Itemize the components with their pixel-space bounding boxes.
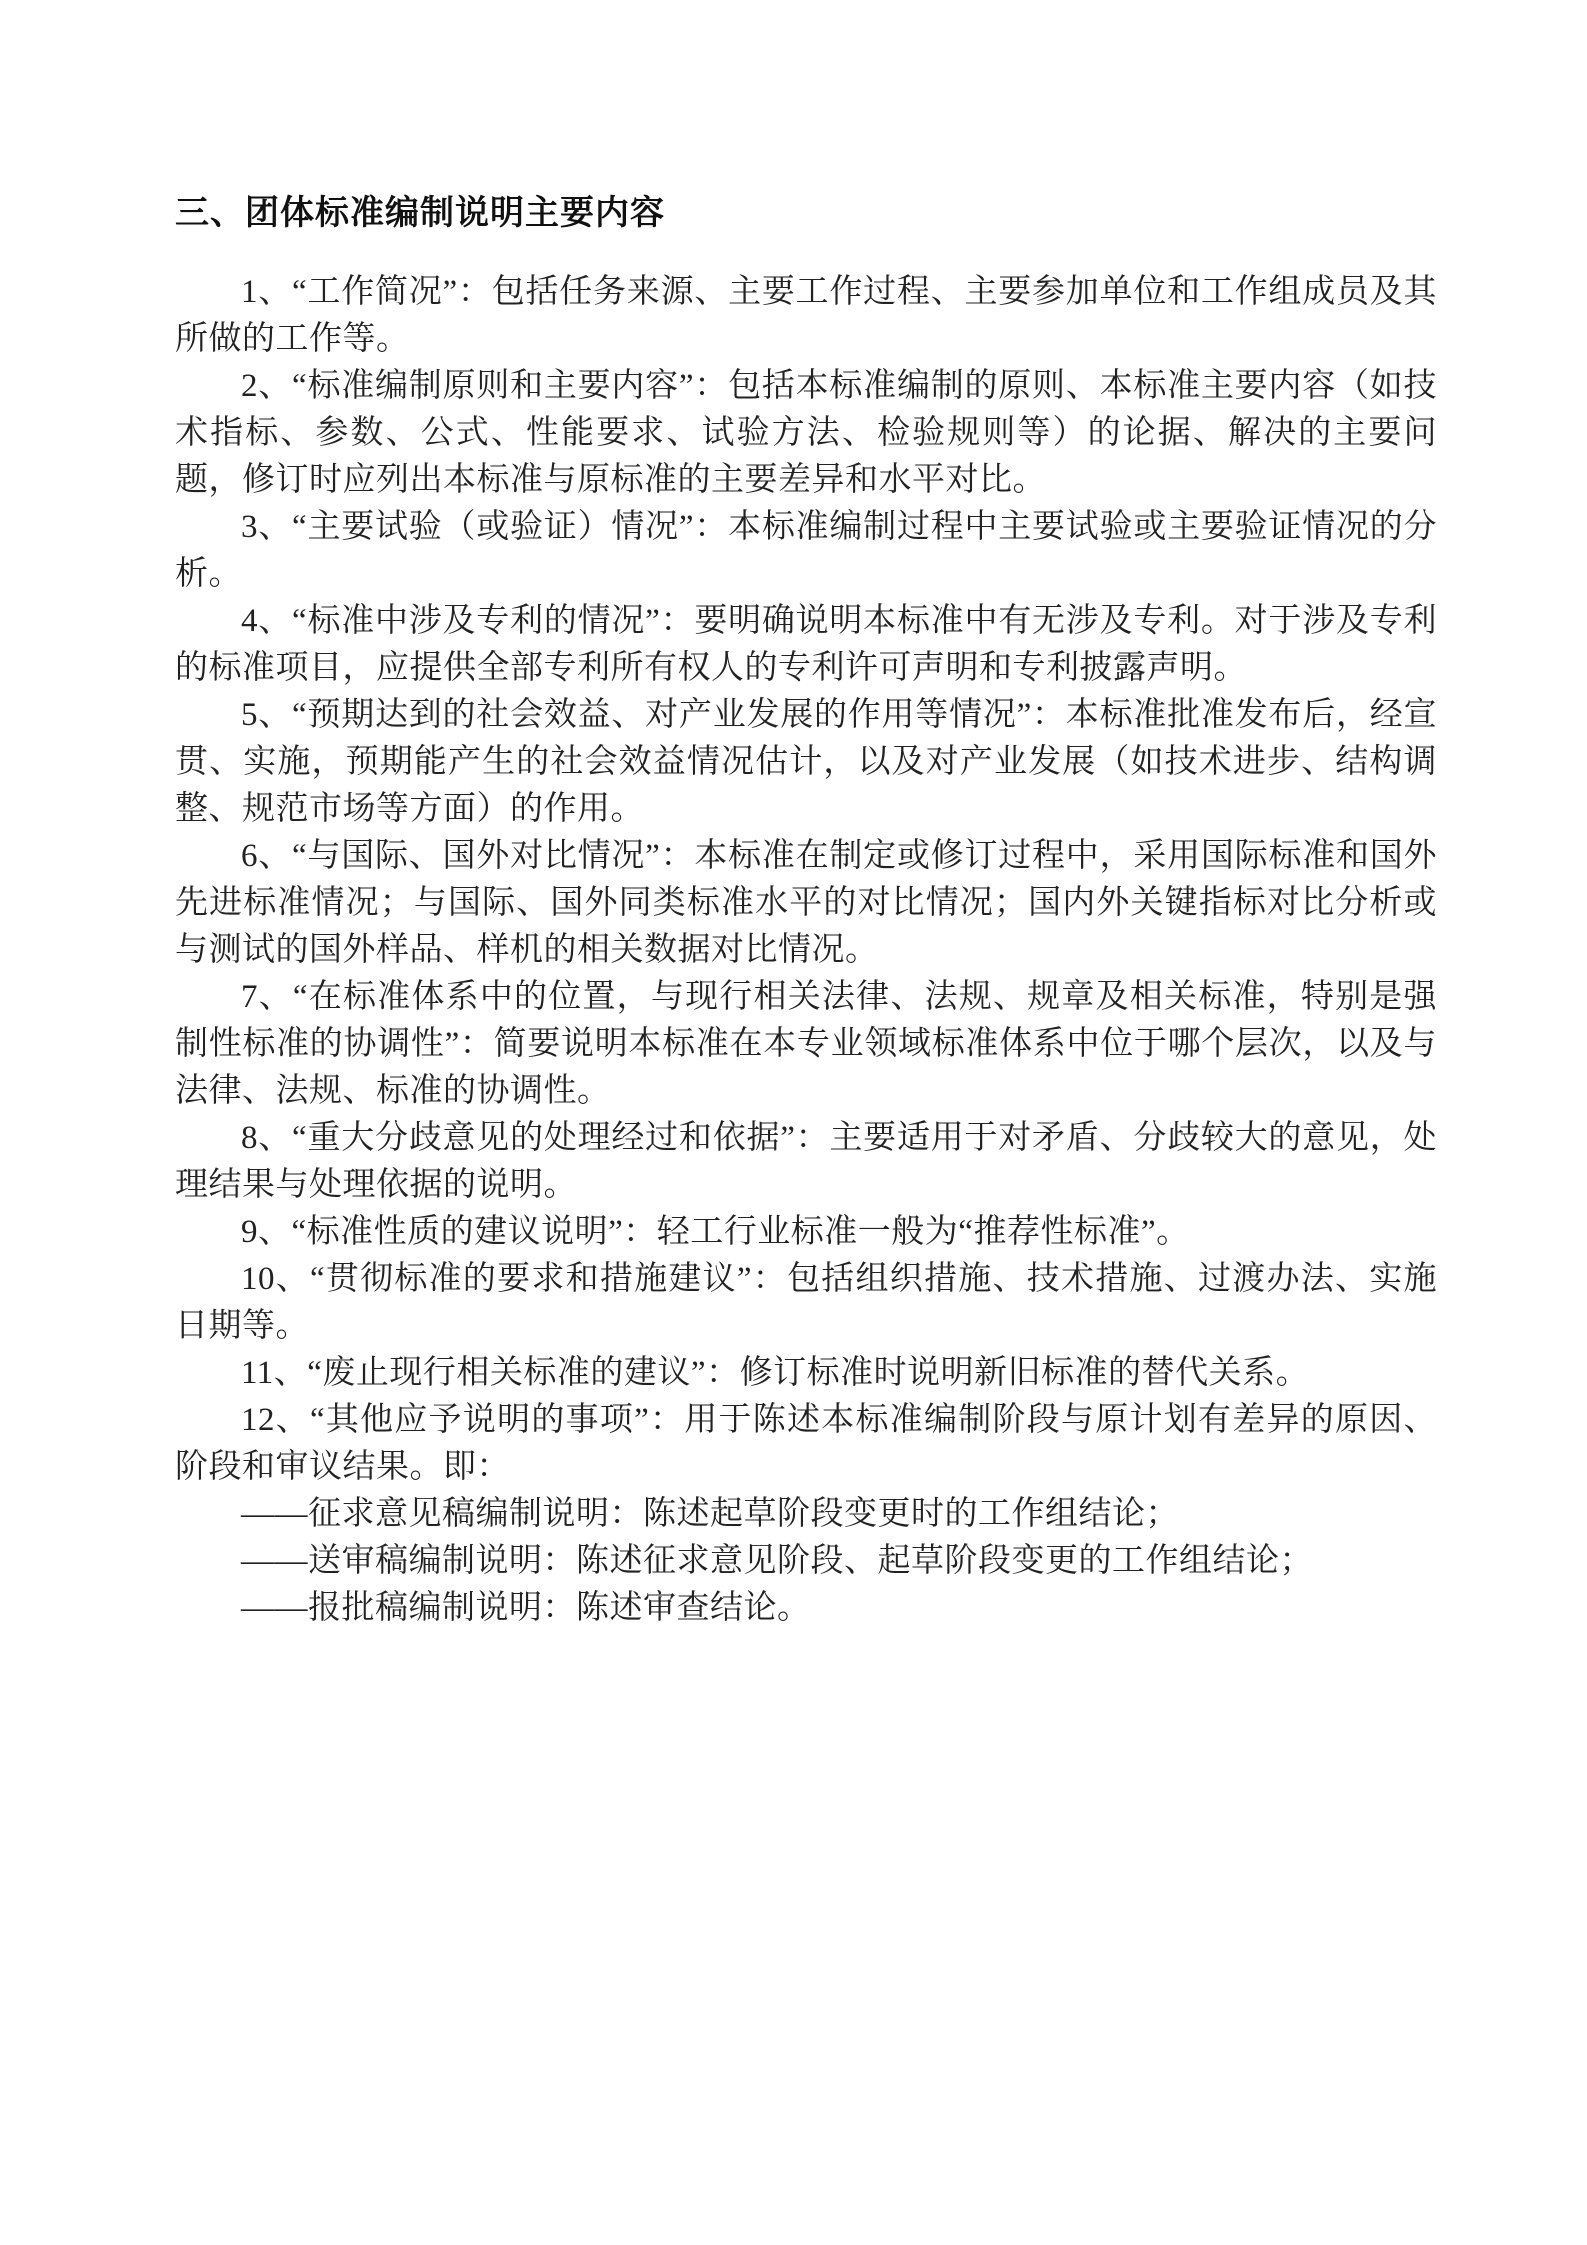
dash-item-2: ——送审稿编制说明：陈述征求意见阶段、起草阶段变更的工作组结论； bbox=[175, 1538, 1437, 1585]
paragraph-8: 8、“重大分歧意见的处理经过和依据”：主要适用于对矛盾、分歧较大的意见，处理结果… bbox=[175, 1115, 1437, 1209]
paragraph-1: 1、“工作简况”：包括任务来源、主要工作过程、主要参加单位和工作组成员及其所做的… bbox=[175, 269, 1437, 363]
document-body: 1、“工作简况”：包括任务来源、主要工作过程、主要参加单位和工作组成员及其所做的… bbox=[175, 269, 1437, 1632]
paragraph-2: 2、“标准编制原则和主要内容”：包括本标准编制的原则、本标准主要内容（如技术指标… bbox=[175, 363, 1437, 504]
paragraph-10: 10、“贯彻标准的要求和措施建议”：包括组织措施、技术措施、过渡办法、实施日期等… bbox=[175, 1256, 1437, 1350]
paragraph-12: 12、“其他应予说明的事项”：用于陈述本标准编制阶段与原计划有差异的原因、阶段和… bbox=[175, 1397, 1437, 1491]
page-title: 三、团体标准编制说明主要内容 bbox=[175, 193, 1437, 233]
paragraph-5: 5、“预期达到的社会效益、对产业发展的作用等情况”：本标准批准发布后，经宣贯、实… bbox=[175, 692, 1437, 833]
dash-item-3: ——报批稿编制说明：陈述审查结论。 bbox=[175, 1585, 1437, 1632]
paragraph-7: 7、“在标准体系中的位置，与现行相关法律、法规、规章及相关标准，特别是强制性标准… bbox=[175, 974, 1437, 1115]
document-page: 三、团体标准编制说明主要内容 1、“工作简况”：包括任务来源、主要工作过程、主要… bbox=[0, 0, 1587, 2245]
paragraph-6: 6、“与国际、国外对比情况”：本标准在制定或修订过程中，采用国际标准和国外先进标… bbox=[175, 833, 1437, 974]
paragraph-9: 9、“标准性质的建议说明”：轻工行业标准一般为“推荐性标准”。 bbox=[175, 1209, 1437, 1256]
paragraph-3: 3、“主要试验（或验证）情况”：本标准编制过程中主要试验或主要验证情况的分析。 bbox=[175, 504, 1437, 598]
paragraph-4: 4、“标准中涉及专利的情况”：要明确说明本标准中有无涉及专利。对于涉及专利的标准… bbox=[175, 598, 1437, 692]
paragraph-11: 11、“废止现行相关标准的建议”：修订标准时说明新旧标准的替代关系。 bbox=[175, 1350, 1437, 1397]
dash-item-1: ——征求意见稿编制说明：陈述起草阶段变更时的工作组结论； bbox=[175, 1491, 1437, 1538]
